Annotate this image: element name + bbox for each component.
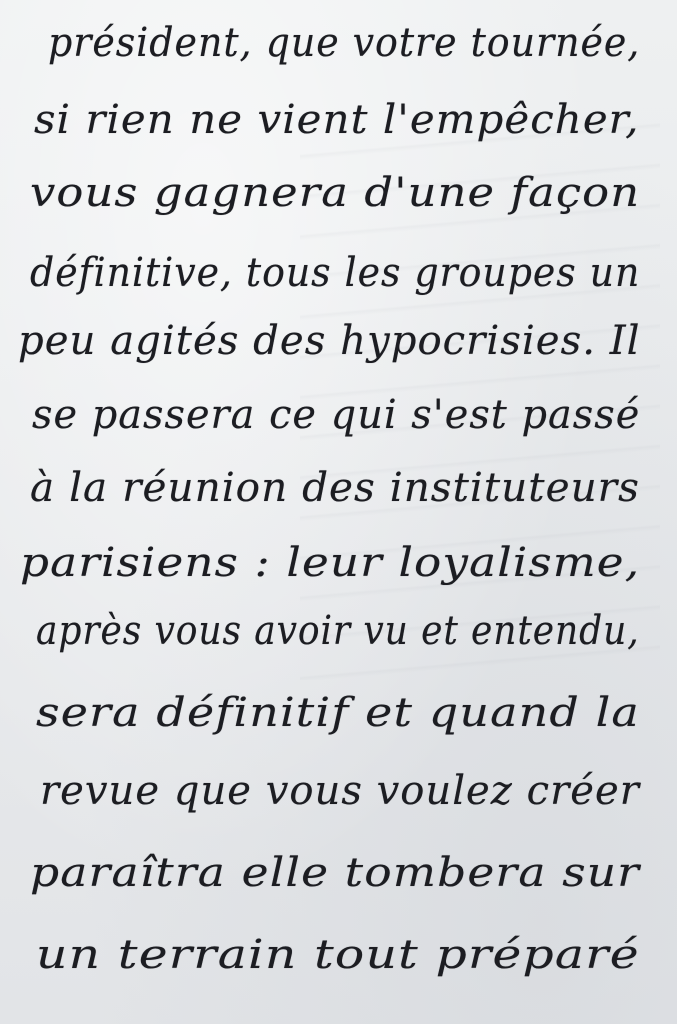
manuscript-line-5: peu agités des hypocrisies. Il [18, 318, 641, 364]
manuscript-line-1: président, que votre tournée, [48, 20, 640, 66]
manuscript-line-13: un terrain tout préparé [36, 932, 640, 978]
manuscript-line-8: parisiens : leur loyalisme, [20, 540, 640, 586]
manuscript-line-7: à la réunion des instituteurs [30, 465, 640, 511]
manuscript-line-12: paraîtra elle tombera sur [30, 850, 640, 896]
manuscript-page: président, que votre tournée, si rien ne… [0, 0, 677, 1024]
manuscript-line-6: se passera ce qui s'est passé [32, 392, 640, 438]
manuscript-line-3: vous gagnera d'une façon [30, 170, 640, 216]
manuscript-line-10: sera définitif et quand la [36, 690, 640, 736]
manuscript-line-9: après vous avoir vu et entendu, [36, 608, 640, 654]
manuscript-line-11: revue que vous voulez créer [40, 768, 640, 814]
manuscript-line-2: si rien ne vient l'empêcher, [34, 97, 640, 143]
manuscript-line-4: définitive, tous les groupes un [30, 250, 640, 296]
